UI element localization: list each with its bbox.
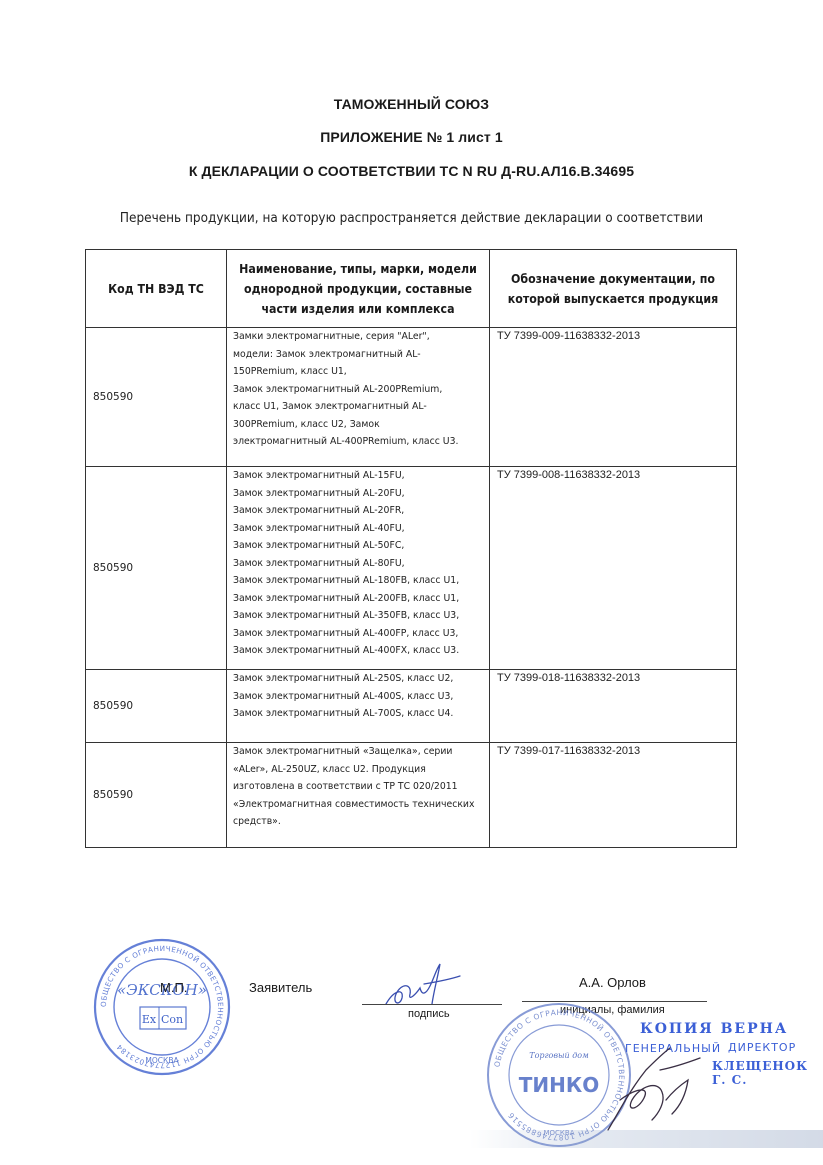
column-header-code: Код ТН ВЭД ТС (86, 250, 227, 328)
table-row: 850590 Замок электромагнитный AL-250S, к… (86, 670, 737, 743)
document-title-appendix: ПРИЛОЖЕНИЕ № 1 лист 1 (0, 129, 823, 145)
table-row: 850590 Замок электромагнитный AL-15FU, З… (86, 467, 737, 670)
product-description-text: Замок электромагнитный «Защелка», серии … (233, 743, 484, 831)
product-description-cell: Замок электромагнитный AL-15FU, Замок эл… (227, 467, 490, 670)
applicant-label: Заявитель (249, 980, 312, 995)
product-description-text: Замок электромагнитный AL-250S, класс U2… (233, 670, 484, 723)
hs-code-cell: 850590 (86, 743, 227, 848)
document-title-declaration: К ДЕКЛАРАЦИИ О СООТВЕТСТВИИ ТС N RU Д-RU… (0, 163, 823, 179)
applicant-seal-box-left: Ex (142, 1013, 157, 1026)
column-header-code-text: Код ТН ВЭД ТС (92, 279, 221, 299)
table-row: 850590 Замки электромагнитные, серия "AL… (86, 328, 737, 467)
company-seal-logo: ТИНКО (519, 1073, 599, 1097)
applicant-seal-city: МОСКВА (145, 1056, 179, 1065)
signature-line (362, 1004, 502, 1005)
column-header-description-text: Наименование, типы, марки, модели одноро… (237, 259, 478, 319)
product-description-cell: Замки электромагнитные, серия "ALer", мо… (227, 328, 490, 467)
hs-code-cell: 850590 (86, 670, 227, 743)
certified-copy-position-2: ДИРЕКТОР (728, 1041, 796, 1054)
column-header-description: Наименование, типы, марки, модели одноро… (227, 250, 490, 328)
applicant-seal-icon: ОБЩЕСТВО С ОГРАНИЧЕННОЙ ОТВЕТСТВЕННОСТЬЮ… (92, 937, 232, 1077)
hs-code-cell: 850590 (86, 467, 227, 670)
product-description-text: Замки электромагнитные, серия "ALer", мо… (233, 328, 484, 451)
column-header-documentation-text: Обозначение документации, по которой вып… (500, 269, 726, 309)
table-header-row: Код ТН ВЭД ТС Наименование, типы, марки,… (86, 250, 737, 328)
signature-caption: подпись (408, 1008, 450, 1020)
product-description-cell: Замок электромагнитный AL-250S, класс U2… (227, 670, 490, 743)
documentation-cell: ТУ 7399-018-11638332-2013 (490, 670, 737, 743)
product-description-text: Замок электромагнитный AL-15FU, Замок эл… (233, 467, 484, 660)
product-list-intro: Перечень продукции, на которую распростр… (29, 211, 794, 226)
hs-code-cell: 850590 (86, 328, 227, 467)
director-signature-icon (600, 1030, 710, 1140)
table-row: 850590 Замок электромагнитный «Защелка»,… (86, 743, 737, 848)
documentation-cell: ТУ 7399-008-11638332-2013 (490, 467, 737, 670)
signer-name: А.А. Орлов (579, 975, 646, 990)
scan-artifact (470, 1130, 823, 1148)
product-description-cell: Замок электромагнитный «Защелка», серии … (227, 743, 490, 848)
product-table: Код ТН ВЭД ТС Наименование, типы, марки,… (85, 249, 737, 848)
seal-place-label: М.П. (160, 980, 187, 995)
document-title-union: ТАМОЖЕННЫЙ СОЮЗ (0, 96, 823, 112)
company-seal-subtitle: Торговый дом (529, 1051, 589, 1060)
applicant-seal-box-right: Con (161, 1013, 183, 1026)
documentation-cell: ТУ 7399-017-11638332-2013 (490, 743, 737, 848)
column-header-documentation: Обозначение документации, по которой вып… (490, 250, 737, 328)
certified-copy-signer: КЛЕЩЕНОК Г. С. (712, 1059, 823, 1087)
documentation-cell: ТУ 7399-009-11638332-2013 (490, 328, 737, 467)
